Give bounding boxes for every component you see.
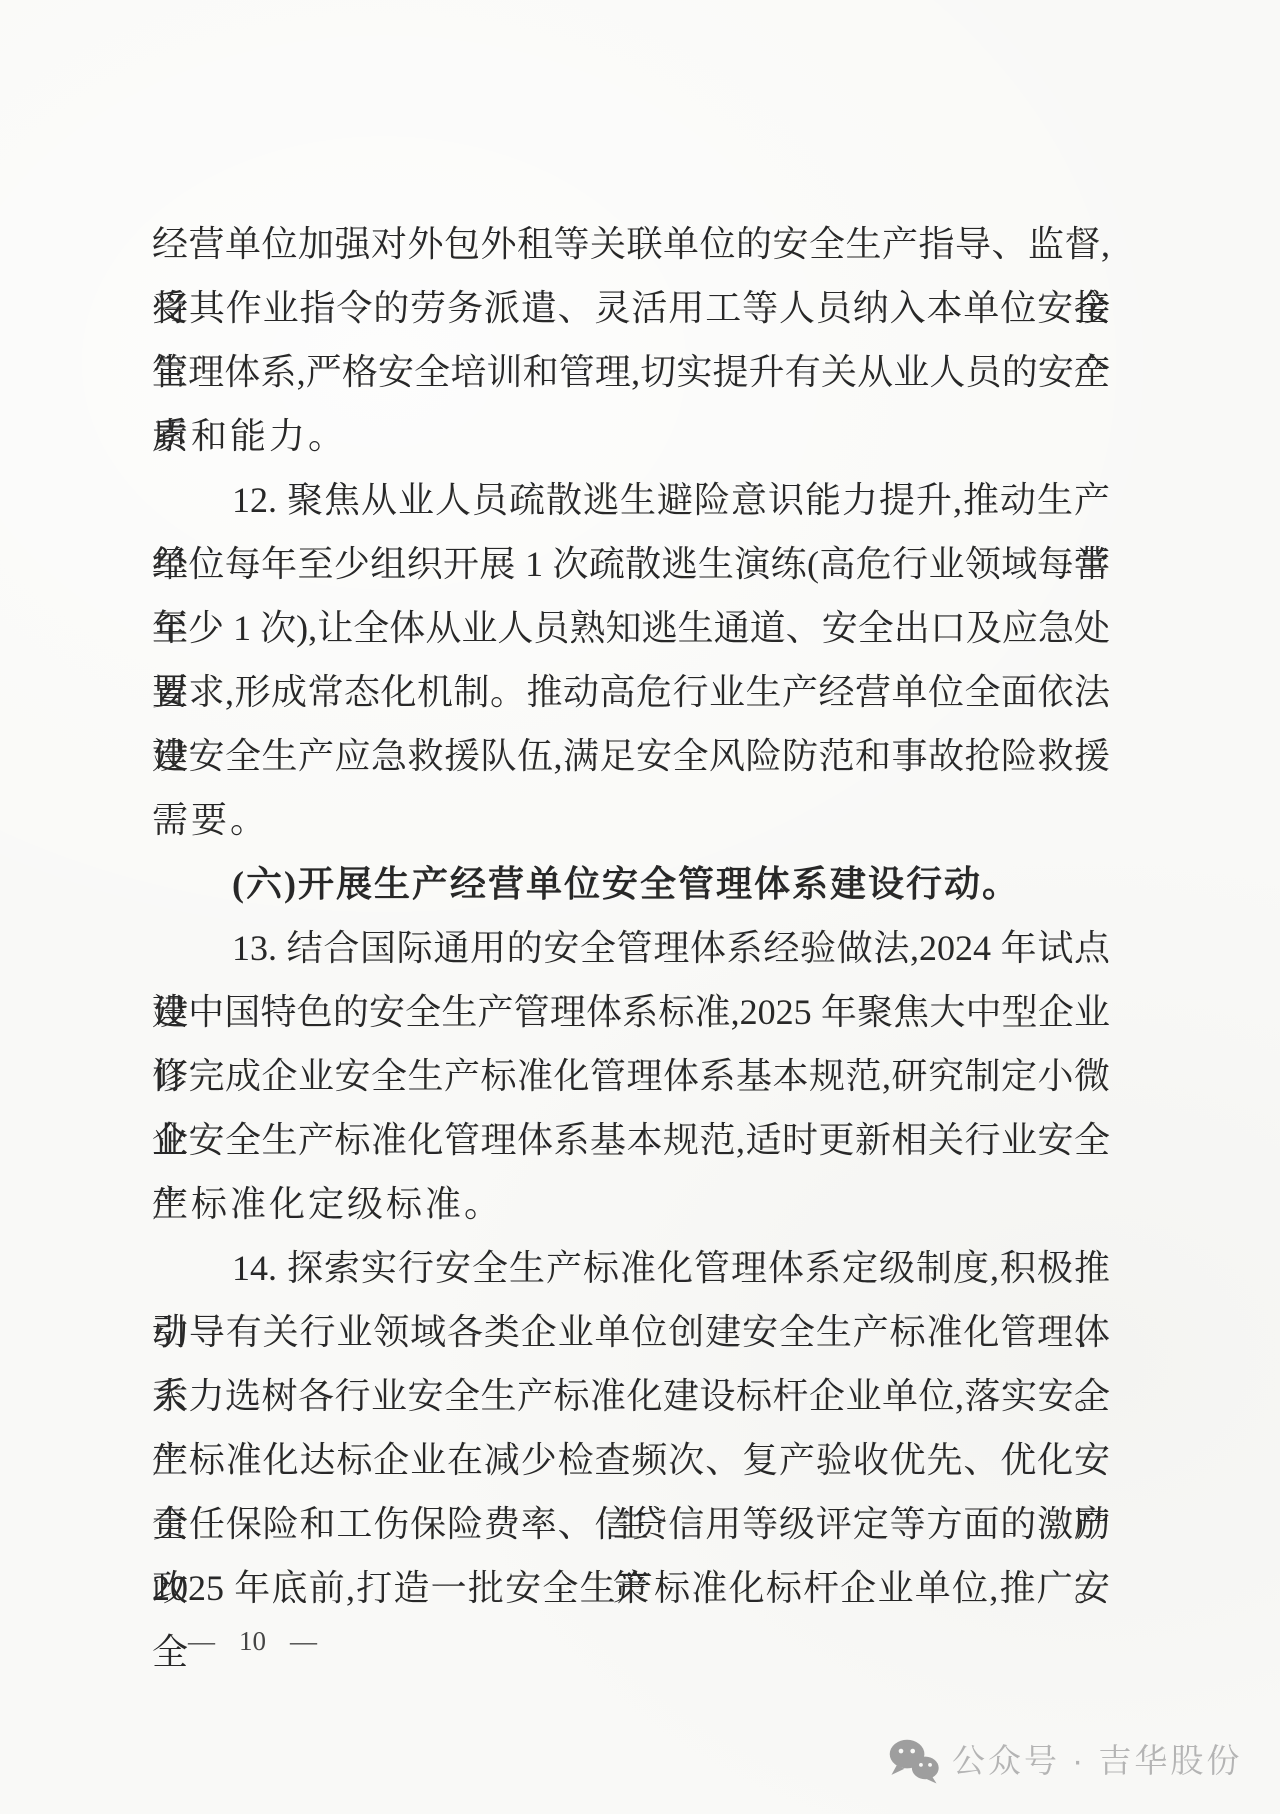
footer-dash-left: — xyxy=(188,1626,215,1657)
text-line: 单位每年至少组织开展 1 次疏散逃生演练(高危行业领域每半年 xyxy=(152,532,1110,596)
text-line: 需要。 xyxy=(152,788,1110,852)
text-line: 订完成企业安全生产标准化管理体系基本规范,研究制定小微企 xyxy=(152,1044,1110,1108)
text-line: 质和能力。 xyxy=(152,404,1110,468)
text-line: 责任保险和工伤保险费率、信贷信用等级评定等方面的激励政策。 xyxy=(152,1492,1110,1556)
wechat-icon xyxy=(888,1737,940,1785)
section-heading: (六)开展生产经营单位安全管理体系建设行动。 xyxy=(152,852,1110,916)
text-line: 13. 结合国际通用的安全管理体系经验做法,2024 年试点建 xyxy=(152,916,1110,980)
text-line: 产标准化定级标准。 xyxy=(152,1172,1110,1236)
watermark: 公众号 · 吉华股份 xyxy=(888,1736,1242,1786)
text-line: 大力选树各行业安全生产标准化建设标杆企业单位,落实安全生 xyxy=(152,1364,1110,1428)
text-line: 至少 1 次),让全体从业人员熟知逃生通道、安全出口及应急处置 xyxy=(152,596,1110,660)
text-line: 产标准化达标企业在减少检查频次、复产验收优先、优化安全生产 xyxy=(152,1428,1110,1492)
text-line: 引导有关行业领域各类企业单位创建安全生产标准化管理体系。 xyxy=(152,1300,1110,1364)
text-line: 设中国特色的安全生产管理体系标准,2025 年聚焦大中型企业修 xyxy=(152,980,1110,1044)
text-line: 要求,形成常态化机制。推动高危行业生产经营单位全面依法建 xyxy=(152,660,1110,724)
text-line: 经营单位加强对外包外租等关联单位的安全生产指导、监督,将接 xyxy=(152,212,1110,276)
footer-dash-right: — xyxy=(290,1626,317,1657)
text-line: 管理体系,严格安全培训和管理,切实提升有关从业人员的安全素 xyxy=(152,340,1110,404)
document-page: 经营单位加强对外包外租等关联单位的安全生产指导、监督,将接 受其作业指令的劳务派… xyxy=(0,0,1280,1814)
text-line: 受其作业指令的劳务派遣、灵活用工等人员纳入本单位安全生产 xyxy=(152,276,1110,340)
text-line: 业安全生产标准化管理体系基本规范,适时更新相关行业安全生 xyxy=(152,1108,1110,1172)
text-line: 2025 年底前,打造一批安全生产标准化标杆企业单位,推广安全 xyxy=(152,1556,1110,1620)
text-line: 设安全生产应急救援队伍,满足安全风险防范和事故抢险救援 xyxy=(152,724,1110,788)
page-number: 10 xyxy=(239,1626,266,1657)
document-body: 经营单位加强对外包外租等关联单位的安全生产指导、监督,将接 受其作业指令的劳务派… xyxy=(152,212,1110,1620)
text-line: 14. 探索实行安全生产标准化管理体系定级制度,积极推动、 xyxy=(152,1236,1110,1300)
watermark-text: 公众号 · 吉华股份 xyxy=(952,1736,1242,1786)
text-line: 12. 聚焦从业人员疏散逃生避险意识能力提升,推动生产经营 xyxy=(152,468,1110,532)
page-footer: — 10 — xyxy=(188,1626,317,1657)
